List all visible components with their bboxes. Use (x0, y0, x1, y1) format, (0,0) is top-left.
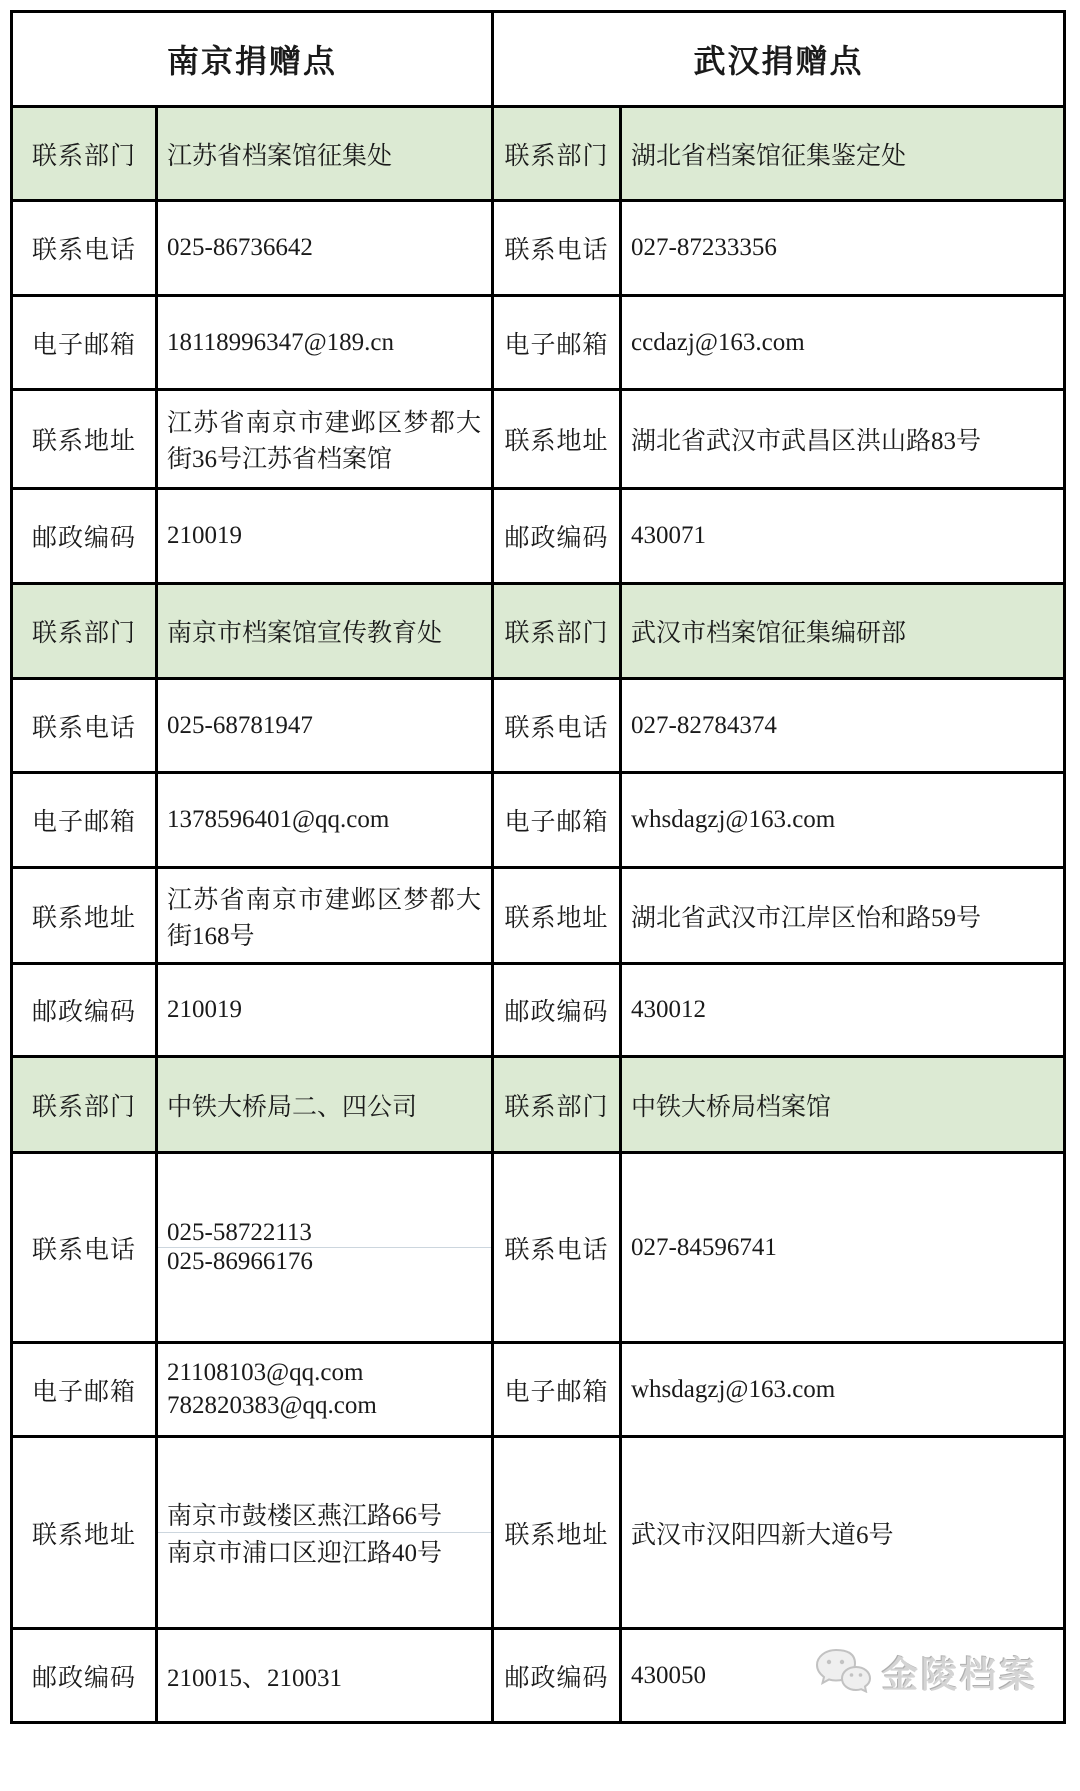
table-row: 电子邮箱 21108103@qq.com 782820383@qq.com 电子… (12, 1343, 1065, 1437)
table-row: 邮政编码 210019 邮政编码 430071 (12, 489, 1065, 584)
nanjing-phone-label: 联系电话 (12, 1153, 157, 1343)
wuhan-phone-value: 027-84596741 (621, 1153, 1065, 1343)
wuhan-email-value: whsdagzj@163.com (621, 773, 1065, 868)
nanjing-postcode-value: 210019 (157, 489, 493, 584)
wuhan-address-label: 联系地址 (493, 1437, 621, 1629)
nanjing-header: 南京捐赠点 (12, 12, 493, 107)
wuhan-dept-value: 武汉市档案馆征集编研部 (621, 584, 1065, 679)
wuhan-postcode-value: 430012 (621, 964, 1065, 1057)
nanjing-email-value-1: 21108103@qq.com (167, 1357, 481, 1390)
nanjing-phone-split-cell: 025-58722113 025-86966176 (157, 1153, 493, 1343)
table-row: 电子邮箱 18118996347@189.cn 电子邮箱 ccdazj@163.… (12, 296, 1065, 390)
nanjing-dept-label: 联系部门 (12, 107, 157, 201)
table-row: 联系地址 江苏省南京市建邺区梦都大街36号江苏省档案馆 联系地址 湖北省武汉市武… (12, 390, 1065, 489)
wuhan-header: 武汉捐赠点 (493, 12, 1065, 107)
table-row: 邮政编码 210019 邮政编码 430012 (12, 964, 1065, 1057)
nanjing-email-multi-value: 21108103@qq.com 782820383@qq.com (157, 1343, 493, 1437)
nanjing-email-value: 18118996347@189.cn (157, 296, 493, 390)
wuhan-address-value: 武汉市汉阳四新大道6号 (621, 1437, 1065, 1629)
wuhan-phone-label: 联系电话 (493, 201, 621, 296)
table-row: 联系电话 025-86736642 联系电话 027-87233356 (12, 201, 1065, 296)
table-row: 联系部门 中铁大桥局二、四公司 联系部门 中铁大桥局档案馆 (12, 1057, 1065, 1153)
wuhan-dept-label: 联系部门 (493, 107, 621, 201)
nanjing-email-label: 电子邮箱 (12, 1343, 157, 1437)
table-row: 联系部门 南京市档案馆宣传教育处 联系部门 武汉市档案馆征集编研部 (12, 584, 1065, 679)
wuhan-postcode-label: 邮政编码 (493, 964, 621, 1057)
table-row: 联系电话 025-68781947 联系电话 027-82784374 (12, 679, 1065, 773)
nanjing-phone-label: 联系电话 (12, 201, 157, 296)
nanjing-postcode-value: 210019 (157, 964, 493, 1057)
nanjing-phone-value-1: 025-58722113 (158, 1219, 491, 1247)
header-row: 南京捐赠点 武汉捐赠点 (12, 12, 1065, 107)
wuhan-dept-value: 中铁大桥局档案馆 (621, 1057, 1065, 1153)
nanjing-address-label: 联系地址 (12, 868, 157, 964)
table-row: 联系地址 南京市鼓楼区燕江路66号 南京市浦口区迎江路40号 联系地址 武汉市汉… (12, 1437, 1065, 1629)
table-row: 联系电话 025-58722113 025-86966176 联系电话 027-… (12, 1153, 1065, 1343)
nanjing-email-label: 电子邮箱 (12, 296, 157, 390)
table-row: 电子邮箱 1378596401@qq.com 电子邮箱 whsdagzj@163… (12, 773, 1065, 868)
nanjing-dept-value: 江苏省档案馆征集处 (157, 107, 493, 201)
wuhan-dept-label: 联系部门 (493, 584, 621, 679)
nanjing-address-split-cell: 南京市鼓楼区燕江路66号 南京市浦口区迎江路40号 (157, 1437, 493, 1629)
wuhan-email-label: 电子邮箱 (493, 296, 621, 390)
wuhan-email-value: whsdagzj@163.com (621, 1343, 1065, 1437)
wuhan-postcode-value: 430050 (621, 1629, 1065, 1723)
donation-contact-table-wrap: 南京捐赠点 武汉捐赠点 联系部门 江苏省档案馆征集处 联系部门 湖北省档案馆征集… (10, 10, 1066, 1724)
wuhan-email-label: 电子邮箱 (493, 1343, 621, 1437)
wuhan-address-value: 湖北省武汉市江岸区怡和路59号 (621, 868, 1065, 964)
wuhan-phone-value: 027-82784374 (621, 679, 1065, 773)
wuhan-phone-label: 联系电话 (493, 1153, 621, 1343)
table-row: 联系地址 江苏省南京市建邺区梦都大街168号 联系地址 湖北省武汉市江岸区怡和路… (12, 868, 1065, 964)
nanjing-phone-value: 025-86736642 (157, 201, 493, 296)
wuhan-email-label: 电子邮箱 (493, 773, 621, 868)
wuhan-postcode-label: 邮政编码 (493, 489, 621, 584)
nanjing-phone-label: 联系电话 (12, 679, 157, 773)
nanjing-phone-value: 025-68781947 (157, 679, 493, 773)
wuhan-address-value: 湖北省武汉市武昌区洪山路83号 (621, 390, 1065, 489)
wuhan-postcode-value: 430071 (621, 489, 1065, 584)
wuhan-dept-label: 联系部门 (493, 1057, 621, 1153)
nanjing-email-value: 1378596401@qq.com (157, 773, 493, 868)
nanjing-address-value: 江苏省南京市建邺区梦都大街36号江苏省档案馆 (157, 390, 493, 489)
wuhan-address-label: 联系地址 (493, 390, 621, 489)
nanjing-address-value: 江苏省南京市建邺区梦都大街168号 (157, 868, 493, 964)
wuhan-email-value: ccdazj@163.com (621, 296, 1065, 390)
donation-contact-table: 南京捐赠点 武汉捐赠点 联系部门 江苏省档案馆征集处 联系部门 湖北省档案馆征集… (10, 10, 1066, 1724)
nanjing-dept-value: 中铁大桥局二、四公司 (157, 1057, 493, 1153)
nanjing-phone-value-2: 025-86966176 (158, 1247, 491, 1276)
nanjing-address-label: 联系地址 (12, 390, 157, 489)
nanjing-postcode-label: 邮政编码 (12, 1629, 157, 1723)
nanjing-address-value-1: 南京市鼓楼区燕江路66号 (158, 1496, 491, 1532)
nanjing-address-value-2: 南京市浦口区迎江路40号 (158, 1532, 491, 1569)
wuhan-phone-value: 027-87233356 (621, 201, 1065, 296)
table-row: 联系部门 江苏省档案馆征集处 联系部门 湖北省档案馆征集鉴定处 (12, 107, 1065, 201)
wuhan-postcode-label: 邮政编码 (493, 1629, 621, 1723)
wuhan-dept-value: 湖北省档案馆征集鉴定处 (621, 107, 1065, 201)
table-row: 邮政编码 210015、210031 邮政编码 430050 (12, 1629, 1065, 1723)
wuhan-address-label: 联系地址 (493, 868, 621, 964)
nanjing-postcode-value: 210015、210031 (157, 1629, 493, 1723)
nanjing-postcode-label: 邮政编码 (12, 964, 157, 1057)
nanjing-dept-value: 南京市档案馆宣传教育处 (157, 584, 493, 679)
nanjing-postcode-label: 邮政编码 (12, 489, 157, 584)
nanjing-dept-label: 联系部门 (12, 1057, 157, 1153)
nanjing-address-label: 联系地址 (12, 1437, 157, 1629)
nanjing-dept-label: 联系部门 (12, 584, 157, 679)
wuhan-phone-label: 联系电话 (493, 679, 621, 773)
nanjing-email-label: 电子邮箱 (12, 773, 157, 868)
nanjing-email-value-2: 782820383@qq.com (167, 1390, 481, 1423)
